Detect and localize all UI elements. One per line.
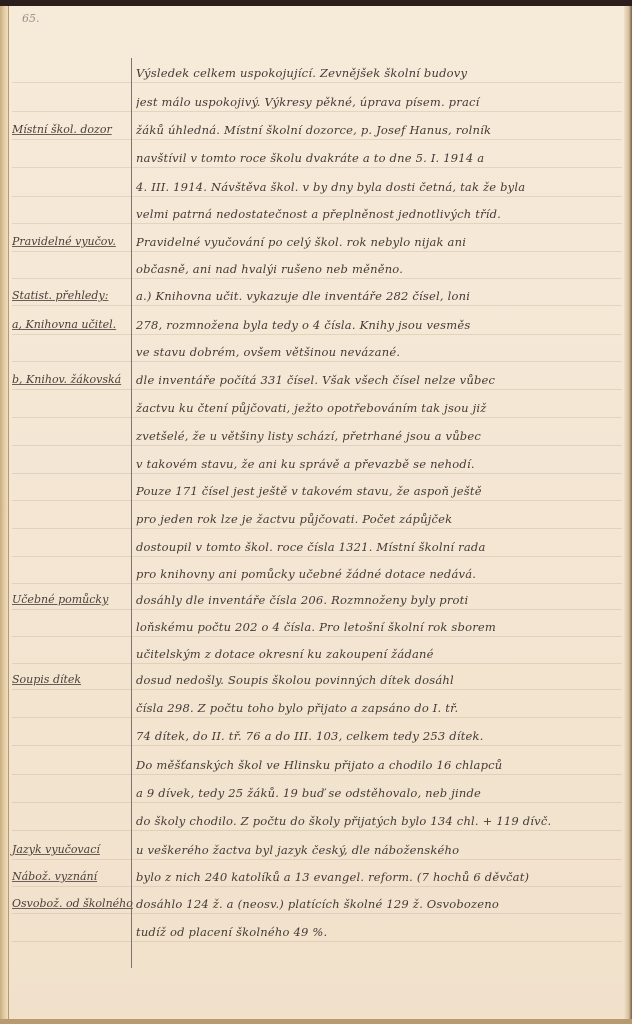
ruled-line: [12, 941, 622, 942]
ruled-line: [12, 528, 622, 529]
handwritten-line: Pravidelné vyučování po celý škol. rok n…: [136, 235, 626, 249]
handwritten-line: 4. III. 1914. Návštěva škol. v by dny by…: [136, 180, 626, 194]
ruled-line: [12, 556, 622, 557]
ruled-line: [12, 774, 622, 775]
ruled-line: [12, 167, 622, 168]
margin-heading: b, Knihov. žákovská: [12, 373, 132, 386]
ruled-line: [12, 802, 622, 803]
page-bottom-edge: [0, 1019, 632, 1024]
handwritten-line: do školy chodilo. Z počtu do školy přija…: [136, 814, 626, 828]
handwritten-line: dostoupil v tomto škol. roce čísla 1321.…: [136, 540, 626, 554]
handwritten-line: občasně, ani nad hvalýi rušeno neb měněn…: [136, 262, 626, 276]
handwritten-line: navštívil v tomto roce školu dvakráte a …: [136, 151, 626, 165]
handwritten-line: a.) Knihovna učit. vykazuje dle inventář…: [136, 289, 626, 303]
ruled-line: [12, 334, 622, 335]
handwritten-line: dosáhly dle inventáře čísla 206. Rozmnož…: [136, 593, 626, 607]
handwritten-line: čísla 298. Z počtu toho bylo přijato a z…: [136, 701, 626, 715]
handwritten-line: pro jeden rok lze je žactvu půjčovati. P…: [136, 512, 626, 526]
margin-heading: Nábož. vyznání: [12, 870, 132, 883]
ruled-line: [12, 445, 622, 446]
margin-heading: Místní škol. dozor: [12, 123, 132, 136]
handwritten-line: u veškerého žactva byl jazyk český, dle …: [136, 843, 626, 857]
handwritten-line: Výsledek celkem uspokojující. Zevnějšek …: [136, 66, 626, 80]
margin-heading: Soupis dítek: [12, 673, 132, 686]
handwritten-line: bylo z nich 240 katolíků a 13 evangel. r…: [136, 870, 626, 884]
ruled-line: [12, 717, 622, 718]
handwritten-line: zvetšelé, že u většiny listy schází, pře…: [136, 429, 626, 443]
ruled-line: [12, 111, 622, 112]
ruled-line: [12, 745, 622, 746]
handwritten-line: ve stavu dobrém, ovšem většinou nevázané…: [136, 345, 626, 359]
handwritten-line: Do měšťanských škol ve Hlinsku přijato a…: [136, 758, 626, 772]
ruled-line: [12, 689, 622, 690]
ruled-line: [12, 859, 622, 860]
handwritten-line: 74 dítek, do II. tř. 76 a do III. 103, c…: [136, 729, 626, 743]
ruled-line: [12, 82, 622, 83]
handwritten-line: dosud nedošly. Soupis školou povinných d…: [136, 673, 626, 687]
page-left-edge: [0, 6, 9, 1024]
handwritten-line: Pouze 171 čísel jest ještě v takovém sta…: [136, 484, 626, 498]
ruled-line: [12, 830, 622, 831]
ruled-line: [12, 305, 622, 306]
handwritten-line: žactvu ku čtení půjčovati, ježto opotřeb…: [136, 401, 626, 415]
ruled-line: [12, 361, 622, 362]
ruled-line: [12, 473, 622, 474]
ruled-line: [12, 913, 622, 914]
margin-heading: a, Knihovna učitel.: [12, 318, 132, 331]
handwritten-line: a 9 dívek, tedy 25 žáků. 19 buď se odstě…: [136, 786, 626, 800]
ruled-line: [12, 389, 622, 390]
ruled-line: [12, 583, 622, 584]
handwritten-line: velmi patrná nedostatečnost a přeplněnos…: [136, 207, 626, 221]
handwritten-line: dle inventáře počítá 331 čísel. Však vše…: [136, 373, 626, 387]
margin-divider-line: [131, 58, 132, 968]
handwritten-line: pro knihovny ani pomůcky učebné žádné do…: [136, 567, 626, 581]
ruled-line: [12, 886, 622, 887]
ruled-line: [12, 251, 622, 252]
ruled-line: [12, 609, 622, 610]
handwritten-line: loňskému počtu 202 o 4 čísla. Pro letošn…: [136, 620, 626, 634]
ruled-line: [12, 636, 622, 637]
ruled-line: [12, 196, 622, 197]
ruled-line: [12, 663, 622, 664]
margin-heading: Pravidelné vyučov.: [12, 235, 132, 248]
handwritten-line: 278, rozmnožena byla tedy o 4 čísla. Kni…: [136, 318, 626, 332]
margin-heading: Učebné pomůcky: [12, 593, 132, 606]
ruled-line: [12, 278, 622, 279]
page-number: 65.: [22, 12, 40, 25]
margin-heading: Statist. přehledy:: [12, 289, 132, 302]
handwritten-line: jest málo uspokojivý. Výkresy pěkné, úpr…: [136, 95, 626, 109]
handwritten-line: učitelským z dotace okresní ku zakoupení…: [136, 647, 626, 661]
ruled-line: [12, 223, 622, 224]
handwritten-line: tudíž od placení školného 49 %.: [136, 925, 626, 939]
ruled-line: [12, 139, 622, 140]
ruled-line: [12, 417, 622, 418]
margin-heading: Osvobož. od školného: [12, 897, 132, 910]
handwritten-line: dosáhlo 124 ž. a (neosv.) platících škol…: [136, 897, 626, 911]
handwritten-line: žáků úhledná. Místní školní dozorce, p. …: [136, 123, 626, 137]
ruled-line: [12, 500, 622, 501]
handwritten-line: v takovém stavu, že ani ku správě a přev…: [136, 457, 626, 471]
margin-heading: Jazyk vyučovací: [12, 843, 132, 856]
